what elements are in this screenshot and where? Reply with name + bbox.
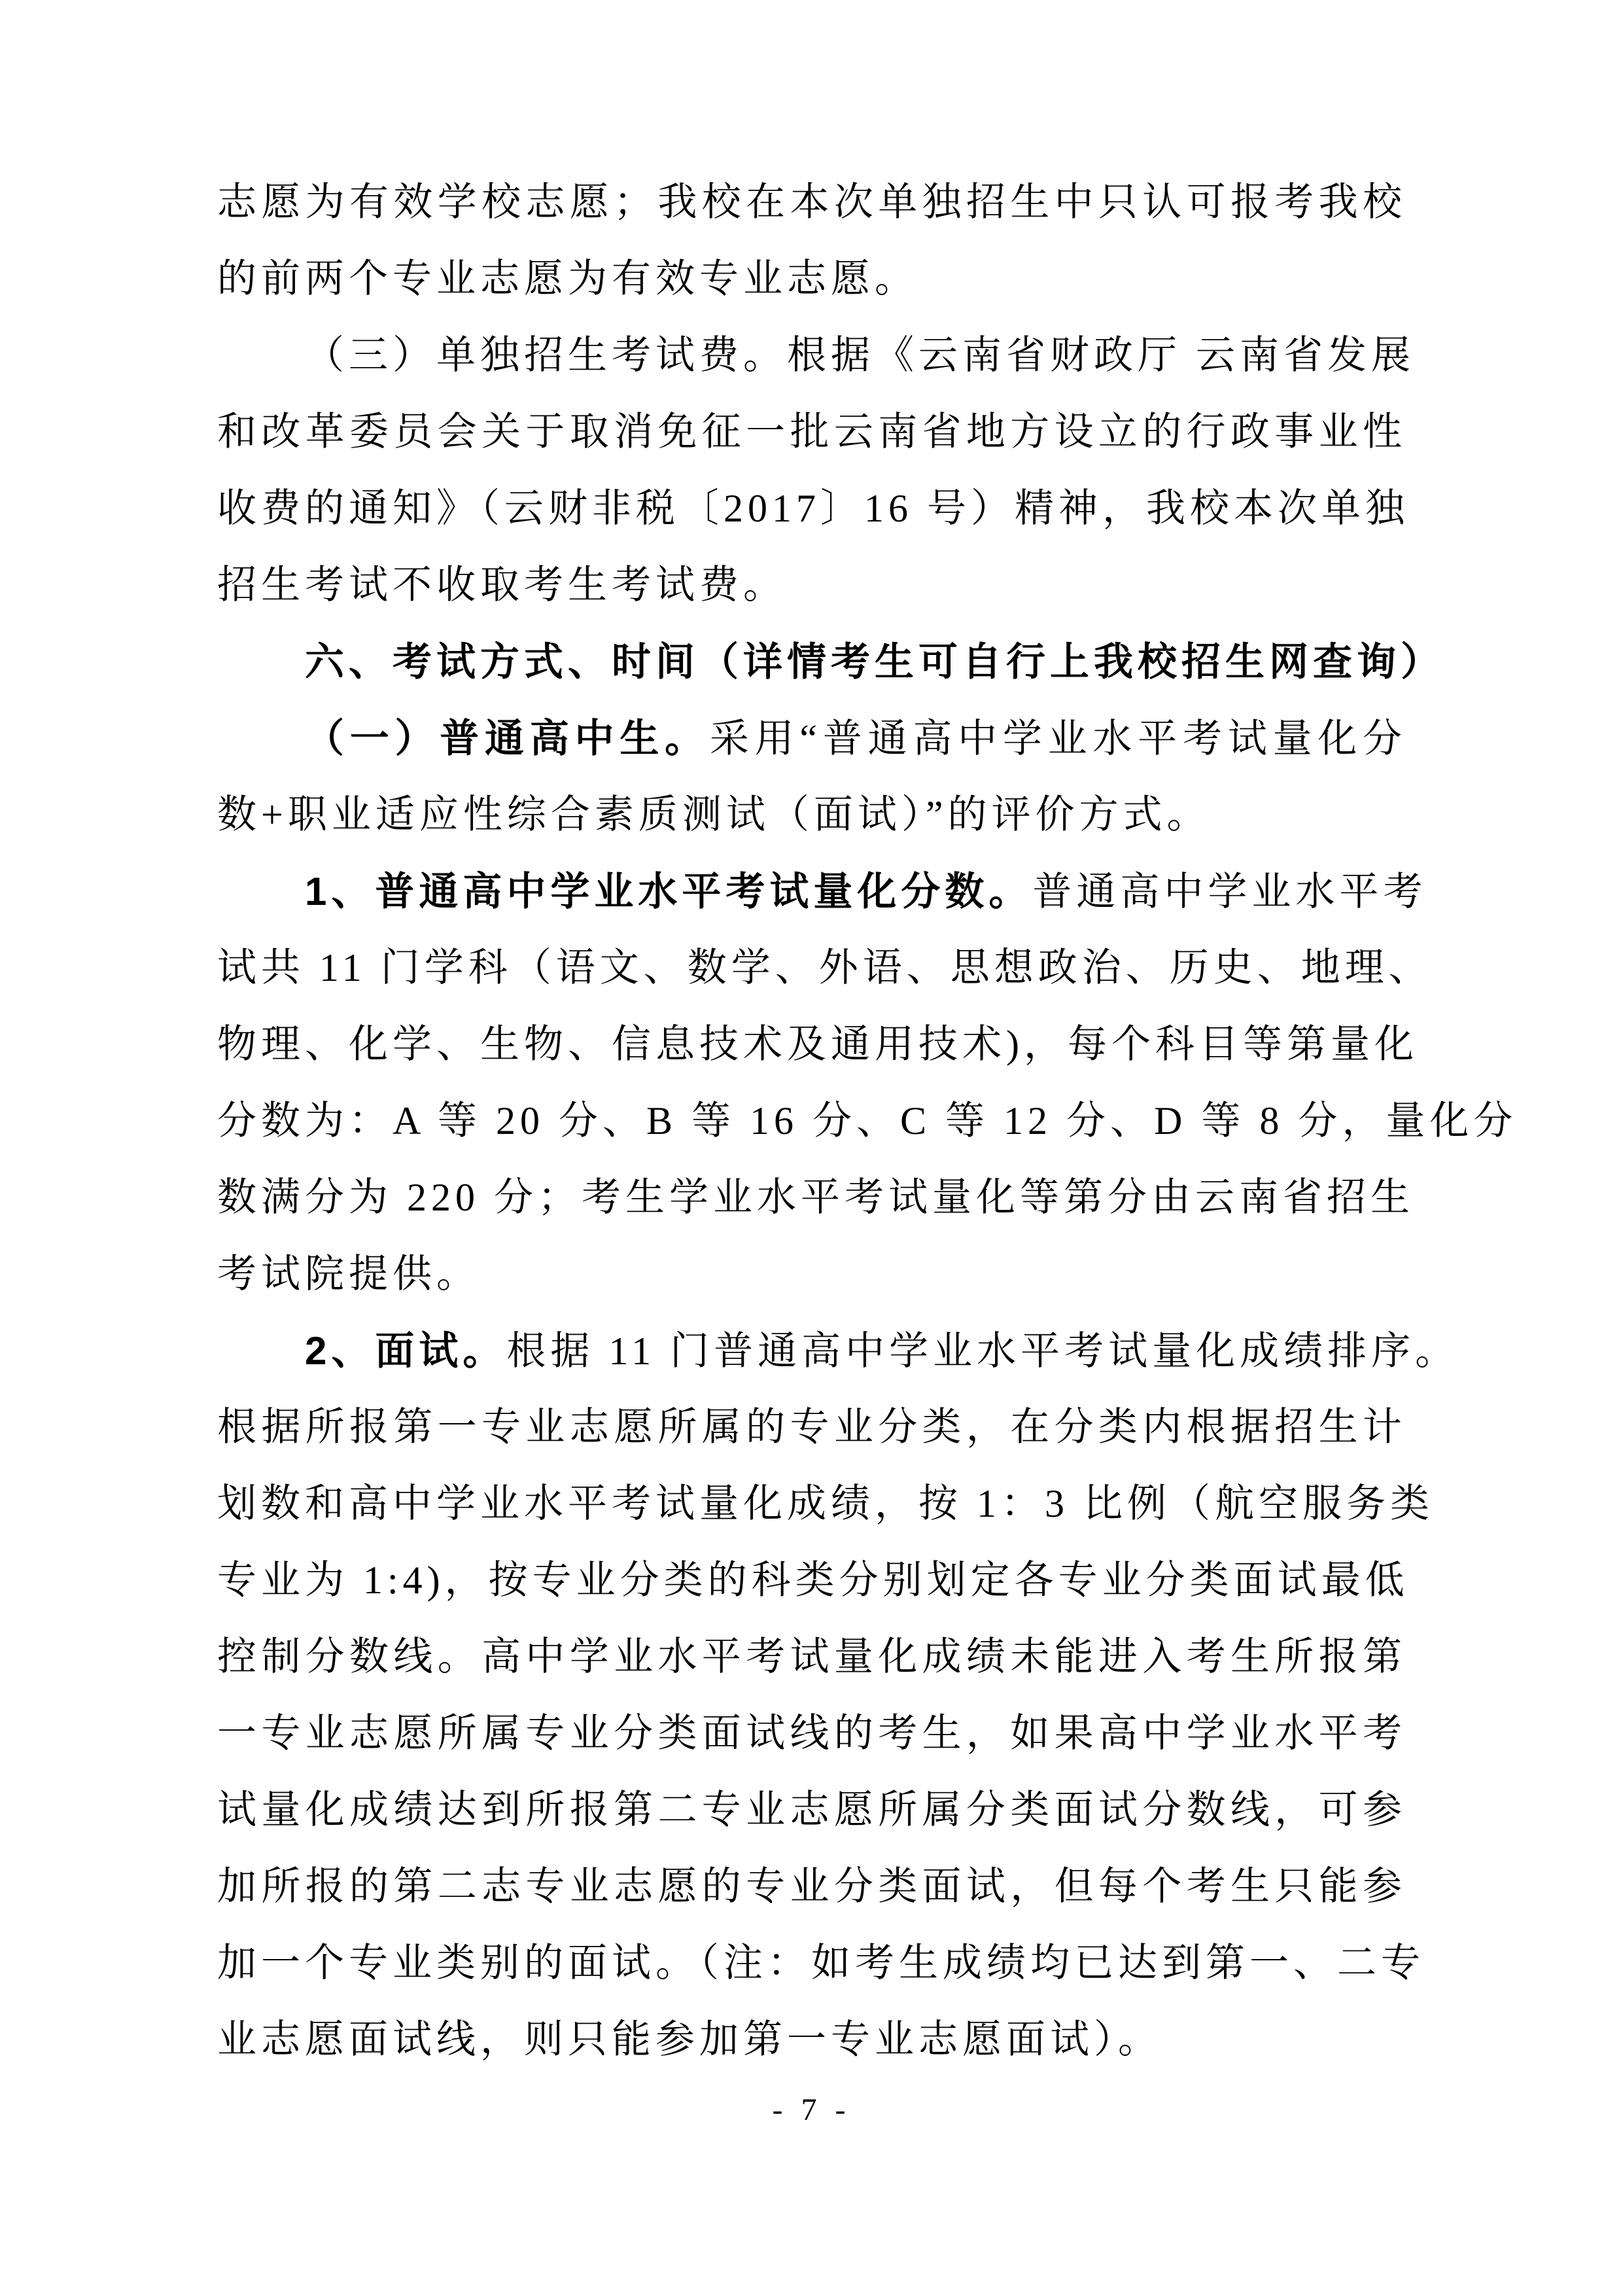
text-line: 数+职业适应性综合素质测试（面试）”的评价方式。 [217, 777, 1406, 853]
bold-text-segment: 2、面试。 [305, 1329, 506, 1373]
page-number: - 7 - [0, 2093, 1623, 2128]
bold-text-segment: 六、考试方式、时间（详情考生可自行上我校招生网查询） [305, 640, 1444, 684]
text-segment: 和改革委员会关于取消免征一批云南省地方设立的行政事业性 [217, 410, 1406, 453]
text-segment: 专业为 1:4)，按专业分类的科类分别划定各专业分类面试最低 [217, 1559, 1409, 1602]
text-line: 志愿为有效学校志愿；我校在本次单独招生中只认可报考我校 [217, 164, 1406, 241]
text-segment: 控制分数线。高中学业水平考试量化成绩未能进入考生所报第 [217, 1635, 1406, 1678]
text-line: 加所报的第二志专业志愿的专业分类面试，但每个考生只能参 [217, 1848, 1406, 1925]
text-segment: 的前两个专业志愿为有效专业志愿。 [217, 257, 918, 300]
text-line: （三）单独招生考试费。根据《云南省财政厅 云南省发展 [217, 317, 1406, 394]
text-line: 试量化成绩达到所报第二专业志愿所属分类面试分数线，可参 [217, 1772, 1406, 1848]
text-line: 业志愿面试线，则只能参加第一专业志愿面试）。 [217, 2002, 1406, 2078]
bold-text-segment: （一）普通高中生。 [305, 716, 710, 760]
text-segment: 考试院提供。 [217, 1252, 480, 1296]
text-segment: 招生考试不收取考生考试费。 [217, 563, 787, 607]
text-line: 六、考试方式、时间（详情考生可自行上我校招生网查询） [217, 624, 1406, 700]
text-segment: 普通高中学业水平考 [1032, 870, 1427, 913]
text-segment: 分数为：A 等 20 分、B 等 16 分、C 等 12 分、D 等 8 分，量… [217, 1099, 1517, 1142]
text-segment: 试量化成绩达到所报第二专业志愿所属分类面试分数线，可参 [217, 1788, 1406, 1831]
text-segment: 收费的通知》（云财非税〔2017〕16 号）精神，我校本次单独 [217, 487, 1409, 530]
text-segment: 根据 11 门普通高中学业水平考试量化成绩排序。 [506, 1330, 1459, 1373]
text-line: 专业为 1:4)，按专业分类的科类分别划定各专业分类面试最低 [217, 1542, 1406, 1619]
text-segment: （三）单独招生考试费。根据《云南省财政厅 云南省发展 [305, 334, 1415, 377]
text-segment: 业志愿面试线，则只能参加第一专业志愿面试）。 [217, 2018, 1162, 2061]
text-line: 数满分为 220 分；考生学业水平考试量化等第分由云南省招生 [217, 1159, 1406, 1236]
text-line: 和改革委员会关于取消免征一批云南省地方设立的行政事业性 [217, 394, 1406, 470]
text-segment: 划数和高中学业水平考试量化成绩，按 1：3 比例（航空服务类 [217, 1482, 1434, 1525]
document-page: 志愿为有效学校志愿；我校在本次单独招生中只认可报考我校的前两个专业志愿为有效专业… [0, 0, 1623, 2296]
text-line: 划数和高中学业水平考试量化成绩，按 1：3 比例（航空服务类 [217, 1466, 1406, 1542]
text-line: 控制分数线。高中学业水平考试量化成绩未能进入考生所报第 [217, 1619, 1406, 1695]
text-line: 物理、化学、生物、信息技术及通用技术)，每个科目等第量化 [217, 1006, 1406, 1083]
text-line: 考试院提供。 [217, 1236, 1406, 1313]
text-segment: 志愿为有效学校志愿；我校在本次单独招生中只认可报考我校 [217, 181, 1406, 224]
bold-text-segment: 1、普通高中学业水平考试量化分数。 [305, 870, 1032, 913]
text-segment: 物理、化学、生物、信息技术及通用技术)，每个科目等第量化 [217, 1023, 1418, 1066]
document-body: 志愿为有效学校志愿；我校在本次单独招生中只认可报考我校的前两个专业志愿为有效专业… [217, 164, 1406, 2078]
text-segment: 采用“普通高中学业水平考试量化分 [710, 717, 1406, 760]
text-segment: 加所报的第二志专业志愿的专业分类面试，但每个考生只能参 [217, 1865, 1406, 1908]
text-line: 根据所报第一专业志愿所属的专业分类，在分类内根据招生计 [217, 1389, 1406, 1466]
text-line: 一专业志愿所属专业分类面试线的考生，如果高中学业水平考 [217, 1695, 1406, 1772]
text-line: 加一个专业类别的面试。（注：如考生成绩均已达到第一、二专 [217, 1925, 1406, 2002]
text-line: 试共 11 门学科（语文、数学、外语、思想政治、历史、地理、 [217, 930, 1406, 1006]
text-line: 的前两个专业志愿为有效专业志愿。 [217, 241, 1406, 317]
text-segment: 一专业志愿所属专业分类面试线的考生，如果高中学业水平考 [217, 1712, 1406, 1755]
text-segment: 加一个专业类别的面试。（注：如考生成绩均已达到第一、二专 [217, 1941, 1425, 1985]
text-line: 分数为：A 等 20 分、B 等 16 分、C 等 12 分、D 等 8 分，量… [217, 1083, 1406, 1159]
text-line: （一）普通高中生。采用“普通高中学业水平考试量化分 [217, 700, 1406, 777]
text-line: 1、普通高中学业水平考试量化分数。普通高中学业水平考 [217, 853, 1406, 930]
text-segment: 数+职业适应性综合素质测试（面试）”的评价方式。 [217, 793, 1210, 836]
text-segment: 试共 11 门学科（语文、数学、外语、思想政治、历史、地理、 [217, 946, 1433, 989]
text-line: 2、面试。根据 11 门普通高中学业水平考试量化成绩排序。 [217, 1313, 1406, 1389]
text-segment: 根据所报第一专业志愿所属的专业分类，在分类内根据招生计 [217, 1405, 1406, 1449]
text-segment: 数满分为 220 分；考生学业水平考试量化等第分由云南省招生 [217, 1176, 1414, 1219]
text-line: 收费的通知》（云财非税〔2017〕16 号）精神，我校本次单独 [217, 470, 1406, 547]
text-line: 招生考试不收取考生考试费。 [217, 547, 1406, 624]
